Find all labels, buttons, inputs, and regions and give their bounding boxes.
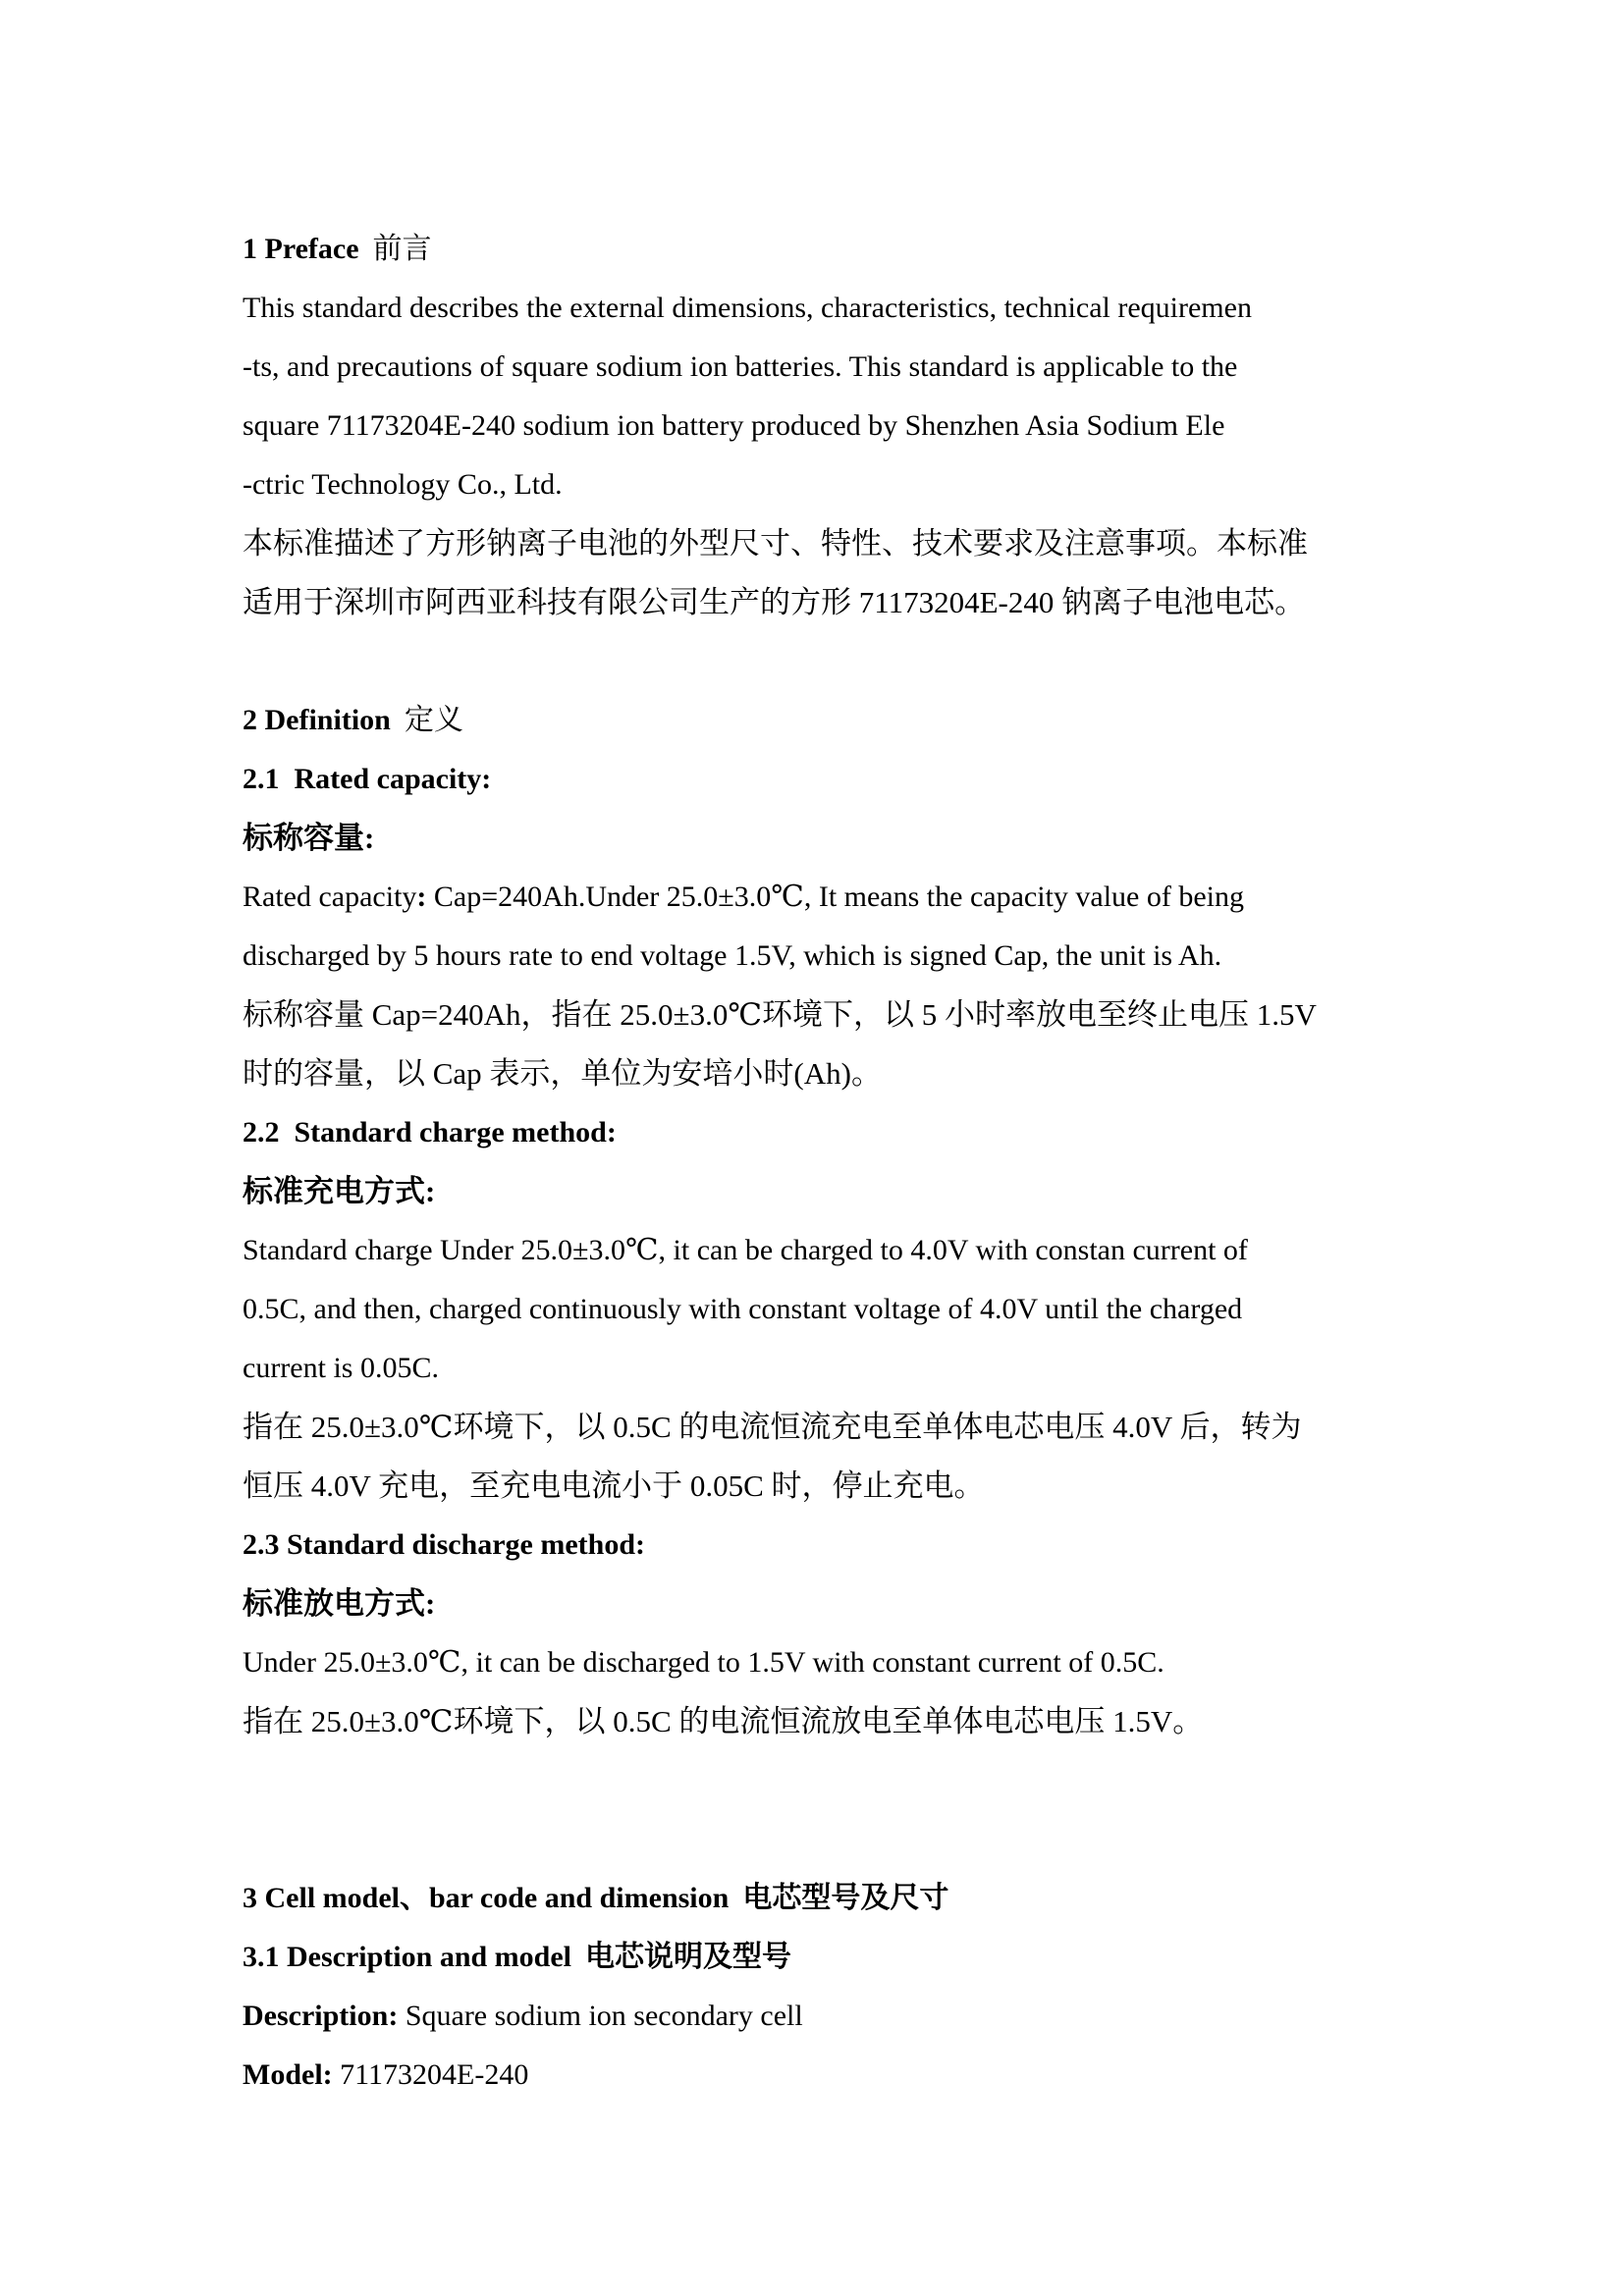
heading-standard-discharge-zh: 标准放电方式: <box>243 1575 1391 1633</box>
preface-en-line-4: -ctric Technology Co., Ltd. <box>243 455 1391 514</box>
preface-en-line-2: -ts, and precautions of square sodium io… <box>243 338 1391 397</box>
heading-standard-charge-zh: 标准充电方式: <box>243 1162 1391 1221</box>
document-content: 1 Preface前言 This standard describes the … <box>243 220 1391 2105</box>
blank-line <box>243 632 1391 691</box>
standard-charge-en-line-3: current is 0.05C. <box>243 1339 1391 1398</box>
rated-capacity-label: Rated capacity <box>243 881 416 913</box>
rated-capacity-label-colon: : <box>416 881 426 913</box>
heading-definition: 2 Definition定义 <box>243 691 1391 750</box>
description-text: Square sodium ion secondary cell <box>398 2000 802 2032</box>
standard-charge-en-line-2: 0.5C, and then, charged continuously wit… <box>243 1280 1391 1339</box>
heading-preface-en: 1 Preface <box>243 233 359 265</box>
standard-charge-zh-line-2: 恒压 4.0V 充电，至充电电流小于 0.05C 时，停止充电。 <box>243 1457 1391 1516</box>
rated-capacity-zh-line-2: 时的容量，以 Cap 表示，单位为安培小时(Ah)。 <box>243 1044 1391 1103</box>
standard-charge-zh-line-1: 指在 25.0±3.0℃环境下，以 0.5C 的电流恒流充电至单体电芯电压 4.… <box>243 1398 1391 1457</box>
preface-zh-line-2: 适用于深圳市阿西亚科技有限公司生产的方形 71173204E-240 钠离子电池… <box>243 573 1391 632</box>
heading-cell-model-en: 3 Cell model、bar code and dimension <box>243 1882 729 1914</box>
standard-discharge-zh-line-1: 指在 25.0±3.0℃环境下，以 0.5C 的电流恒流放电至单体电芯电压 1.… <box>243 1692 1391 1751</box>
preface-en-line-1: This standard describes the external dim… <box>243 279 1391 338</box>
document-page: 1 Preface前言 This standard describes the … <box>0 0 1624 2296</box>
model-line: Model: 71173204E-240 <box>243 2046 1391 2105</box>
heading-definition-zh: 定义 <box>405 704 463 736</box>
heading-standard-discharge: 2.3 Standard discharge method: <box>243 1516 1391 1575</box>
blank-line <box>243 1810 1391 1869</box>
model-label: Model: <box>243 2058 333 2091</box>
heading-cell-model-zh: 电芯型号及尺寸 <box>742 1882 948 1914</box>
preface-en-line-3: square 71173204E-240 sodium ion battery … <box>243 397 1391 455</box>
preface-zh-line-1: 本标准描述了方形钠离子电池的外型尺寸、特性、技术要求及注意事项。本标准 <box>243 514 1391 573</box>
model-text: 71173204E-240 <box>333 2058 529 2091</box>
rated-capacity-line-1-rest: Cap=240Ah.Under 25.0±3.0℃, It means the … <box>426 881 1244 913</box>
heading-preface-zh: 前言 <box>373 233 432 265</box>
blank-line <box>243 1751 1391 1810</box>
heading-rated-capacity: 2.1 Rated capacity: <box>243 750 1391 809</box>
heading-standard-charge: 2.2 Standard charge method: <box>243 1103 1391 1162</box>
standard-charge-en-line-1: Standard charge Under 25.0±3.0℃, it can … <box>243 1221 1391 1280</box>
heading-rated-capacity-zh: 标称容量: <box>243 809 1391 868</box>
description-label: Description: <box>243 2000 398 2032</box>
heading-cell-model: 3 Cell model、bar code and dimension电芯型号及… <box>243 1869 1391 1928</box>
heading-description-model-en: 3.1 Description and model <box>243 1941 571 1973</box>
rated-capacity-zh-line-1: 标称容量 Cap=240Ah，指在 25.0±3.0℃环境下，以 5 小时率放电… <box>243 986 1391 1044</box>
standard-discharge-en-line-1: Under 25.0±3.0℃, it can be discharged to… <box>243 1633 1391 1692</box>
heading-description-model: 3.1 Description and model电芯说明及型号 <box>243 1928 1391 1987</box>
heading-description-model-zh: 电芯说明及型号 <box>585 1941 791 1973</box>
rated-capacity-en-line-1: Rated capacity: Cap=240Ah.Under 25.0±3.0… <box>243 868 1391 927</box>
rated-capacity-en-line-2: discharged by 5 hours rate to end voltag… <box>243 927 1391 986</box>
heading-definition-en: 2 Definition <box>243 704 391 736</box>
heading-preface: 1 Preface前言 <box>243 220 1391 279</box>
description-line: Description: Square sodium ion secondary… <box>243 1987 1391 2046</box>
